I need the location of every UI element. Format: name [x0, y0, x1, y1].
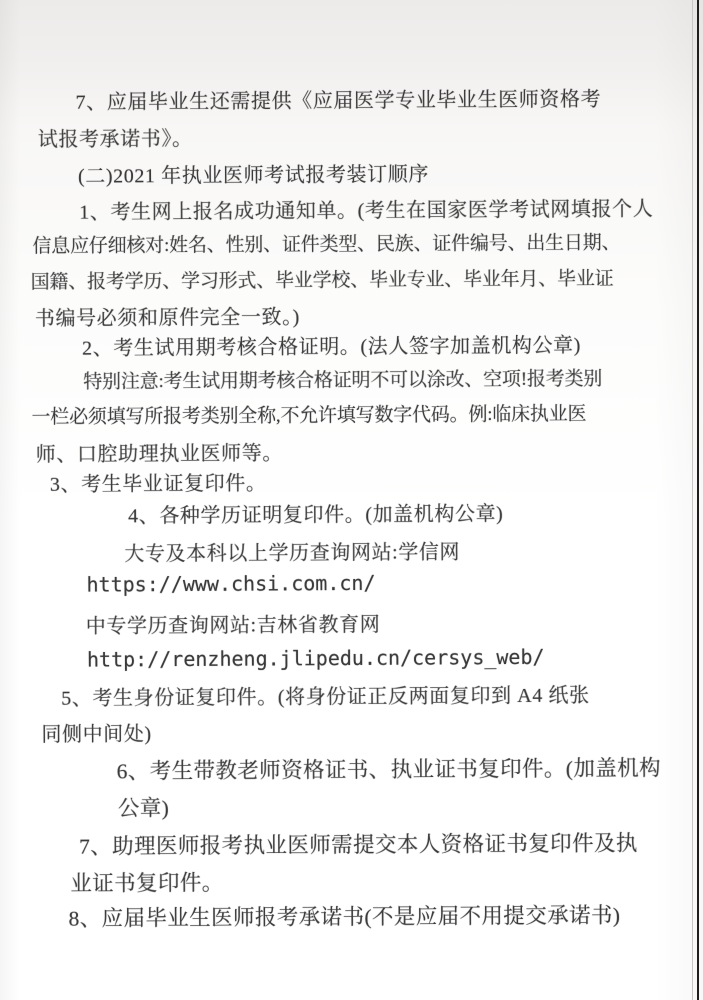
doc-line section-heading: (二)2021 年执业医师考试报考装订顺序	[78, 158, 429, 189]
document-text: 7、应届毕业生还需提供《应届医学专业毕业生医师资格考 试报考承诺书》。 (二)2…	[0, 0, 703, 1000]
doc-line: 3、考生毕业证复印件。	[50, 467, 267, 497]
doc-line: 国籍、报考学历、学习形式、毕业学校、毕业专业、毕业年月、毕业证	[31, 263, 614, 294]
doc-line: 特别注意:考生试用期考核合格证明不可以涂改、空项!报考类别	[83, 363, 602, 393]
doc-line-url: https://www.chsi.com.cn/	[86, 571, 375, 597]
doc-line: 公章)	[118, 791, 170, 822]
doc-line: 4、各种学历证明复印件。(加盖机构公章)	[128, 497, 503, 528]
doc-line: 大专及本科以上学历查询网站:学信网	[124, 535, 460, 566]
doc-line: 6、考生带教老师资格证书、执业证书复印件。(加盖机构	[117, 751, 661, 785]
doc-line: 信息应仔细核对:姓名、性别、证件类型、民族、证件编号、出生日期、	[32, 227, 620, 258]
doc-line: 一栏必须填写所报考类别全称,不允许填写数字代码。例:临床执业医	[31, 399, 586, 429]
doc-line: 5、考生身份证复印件。(将身份证正反两面复印到 A4 纸张	[61, 679, 590, 711]
doc-line: 7、应届毕业生还需提供《应届医学专业毕业生医师资格考	[75, 82, 601, 114]
scanned-document-page: 7、应届毕业生还需提供《应届医学专业毕业生医师资格考 试报考承诺书》。 (二)2…	[0, 0, 703, 1000]
doc-line: 7、助理医师报考执业医师需提交本人资格证书复印件及执	[79, 826, 638, 860]
doc-line: 同侧中间处)	[41, 717, 151, 747]
doc-line: 1、考生网上报名成功通知单。(考生在国家医学考试网填报个人	[79, 192, 653, 225]
doc-line: 中专学历查询网站:吉林省教育网	[86, 608, 381, 639]
doc-line: 试报考承诺书》。	[38, 122, 193, 152]
doc-line-url: http://renzheng.jlipedu.cn/cersys_web/	[87, 645, 545, 672]
paper-edge-line	[697, 0, 699, 1000]
doc-line: 8、应届毕业生医师报考承诺书(不是应届不用提交承诺书)	[68, 898, 620, 932]
doc-line: 书编号必须和原件完全一致。)	[35, 300, 300, 331]
doc-line: 业证书复印件。	[70, 866, 223, 898]
doc-line: 2、考生试用期考核合格证明。(法人签字加盖机构公章)	[82, 329, 581, 361]
doc-line: 师、口腔助理执业医师等。	[36, 436, 283, 467]
paper-edge-shadow-line	[692, 0, 693, 1000]
